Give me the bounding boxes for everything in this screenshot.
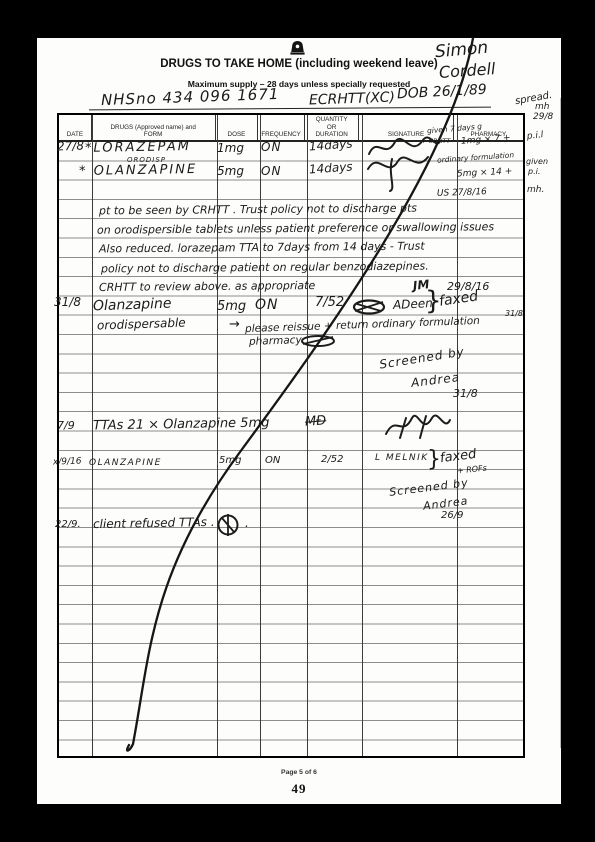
entry1-dose: 1mg xyxy=(217,142,244,155)
entry3-date: 31/8 xyxy=(54,296,81,309)
folio-number: 49 xyxy=(37,781,561,797)
entry5-frequency: ON xyxy=(265,456,280,467)
col-header-frequency: FREQUENCY xyxy=(258,115,305,140)
entry1-date: 27/8 xyxy=(57,140,84,154)
entry4-date: 7/9 xyxy=(57,420,75,432)
entry1-quantity: 14days xyxy=(309,137,353,153)
entry3-dose: 5mg xyxy=(217,300,246,314)
page-edge-shadow xyxy=(560,98,562,748)
entry3-pharmacy-date: 31/8 xyxy=(505,310,523,318)
arrow-icon: → xyxy=(229,318,240,332)
prescription-form-page: DRUGS TO TAKE HOME (including weekend le… xyxy=(37,38,561,804)
entry6-suffix: . xyxy=(245,517,249,530)
signature-scribble xyxy=(382,412,454,440)
screened-by-date: 31/8 xyxy=(453,388,478,400)
entry2-frequency: ON xyxy=(261,165,281,178)
entry1-drug: *LORAZEPAM xyxy=(85,140,191,155)
margin-note-date: 29/8 xyxy=(533,113,553,122)
clinical-note-line: pt to be seen by CRHTT . Trust policy no… xyxy=(99,203,417,217)
clinical-note-line: policy not to discharge patient on regul… xyxy=(101,261,429,275)
screened-by-date: 26/9 xyxy=(441,511,463,522)
col-header-dose: DOSE xyxy=(216,115,259,140)
entry1-frequency: ON xyxy=(261,141,281,154)
entry6-text: client refused TTAs . xyxy=(93,516,215,531)
column-divider xyxy=(92,115,93,756)
entry3-form: orodispersable xyxy=(97,316,186,332)
margin-note-given: given xyxy=(526,158,548,166)
crossed-out-scribble xyxy=(351,298,387,316)
entry4-text: TTAs 21 × Olanzapine 5mg xyxy=(93,416,270,433)
entry3-frequency: ON xyxy=(255,298,279,313)
clinical-note-line: CRHTT to review above. as appropriate xyxy=(99,280,315,293)
pharmacy-note-screen: US 27/8/16 xyxy=(437,188,487,199)
entry2-quantity: 14days xyxy=(309,160,353,176)
patient-dob: DOB 26/1/89 xyxy=(397,83,487,102)
entry5-dose: 5mg xyxy=(219,456,241,467)
entry5-date: x/9/16 xyxy=(53,458,82,468)
entry2-drug: * OLANZAPINE xyxy=(79,163,197,179)
scan-background: DRUGS TO TAKE HOME (including weekend le… xyxy=(0,0,595,842)
entry3-quantity: 7/52 xyxy=(315,296,344,310)
column-divider xyxy=(457,115,458,756)
entry3-drug: Olanzapine xyxy=(93,297,172,314)
crossed-out-scribble xyxy=(215,512,241,538)
clinical-note-line: Also reduced. lorazepam TTA to 7days fro… xyxy=(99,241,425,255)
margin-note-pi: p.i. xyxy=(528,168,540,176)
team-code: ECRHTT(XC) xyxy=(309,91,395,109)
margin-note-mh: mh. xyxy=(527,186,544,195)
entry4-crossed-out: MĐ xyxy=(305,414,327,429)
crest-logo-icon xyxy=(289,40,306,56)
col-header-drugs: DRUGS (Approved name) and FORM xyxy=(92,115,216,140)
crossed-out-scribble xyxy=(299,334,337,348)
entry6-date: 22/9. xyxy=(55,520,81,531)
margin-note-pil: p.i.l xyxy=(527,131,544,142)
entry2-dose: 5mg xyxy=(217,165,244,178)
entry5-quantity: 2/52 xyxy=(321,455,343,466)
entry5-signature: L MELNIK xyxy=(375,454,429,463)
page-number-label: Page 5 of 6 xyxy=(37,769,561,776)
entry3-reissue-note2: pharmacy xyxy=(249,335,302,348)
signature-scribble xyxy=(362,151,436,193)
nhs-number: NHSno 434 096 1671 xyxy=(101,87,280,109)
col-header-date: DATE xyxy=(59,115,92,140)
entry5-drug: OLANZAPINE xyxy=(89,459,162,468)
